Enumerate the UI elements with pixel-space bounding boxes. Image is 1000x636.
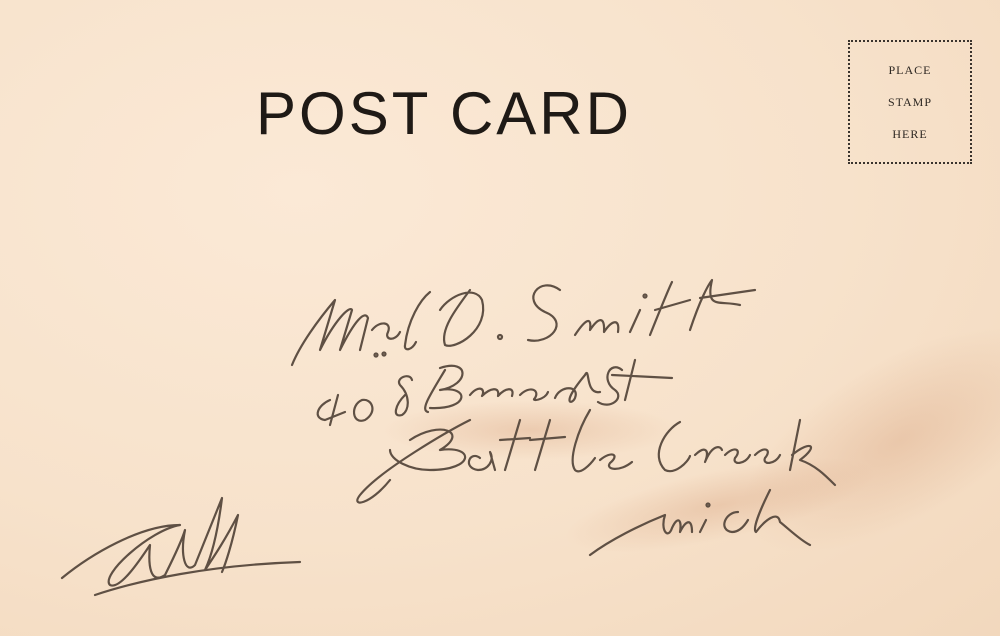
- handwriting-strokes: [0, 0, 1000, 636]
- postcard-back: POST CARD PLACE STAMP HERE Mrs. I. D. Sm…: [0, 0, 1000, 636]
